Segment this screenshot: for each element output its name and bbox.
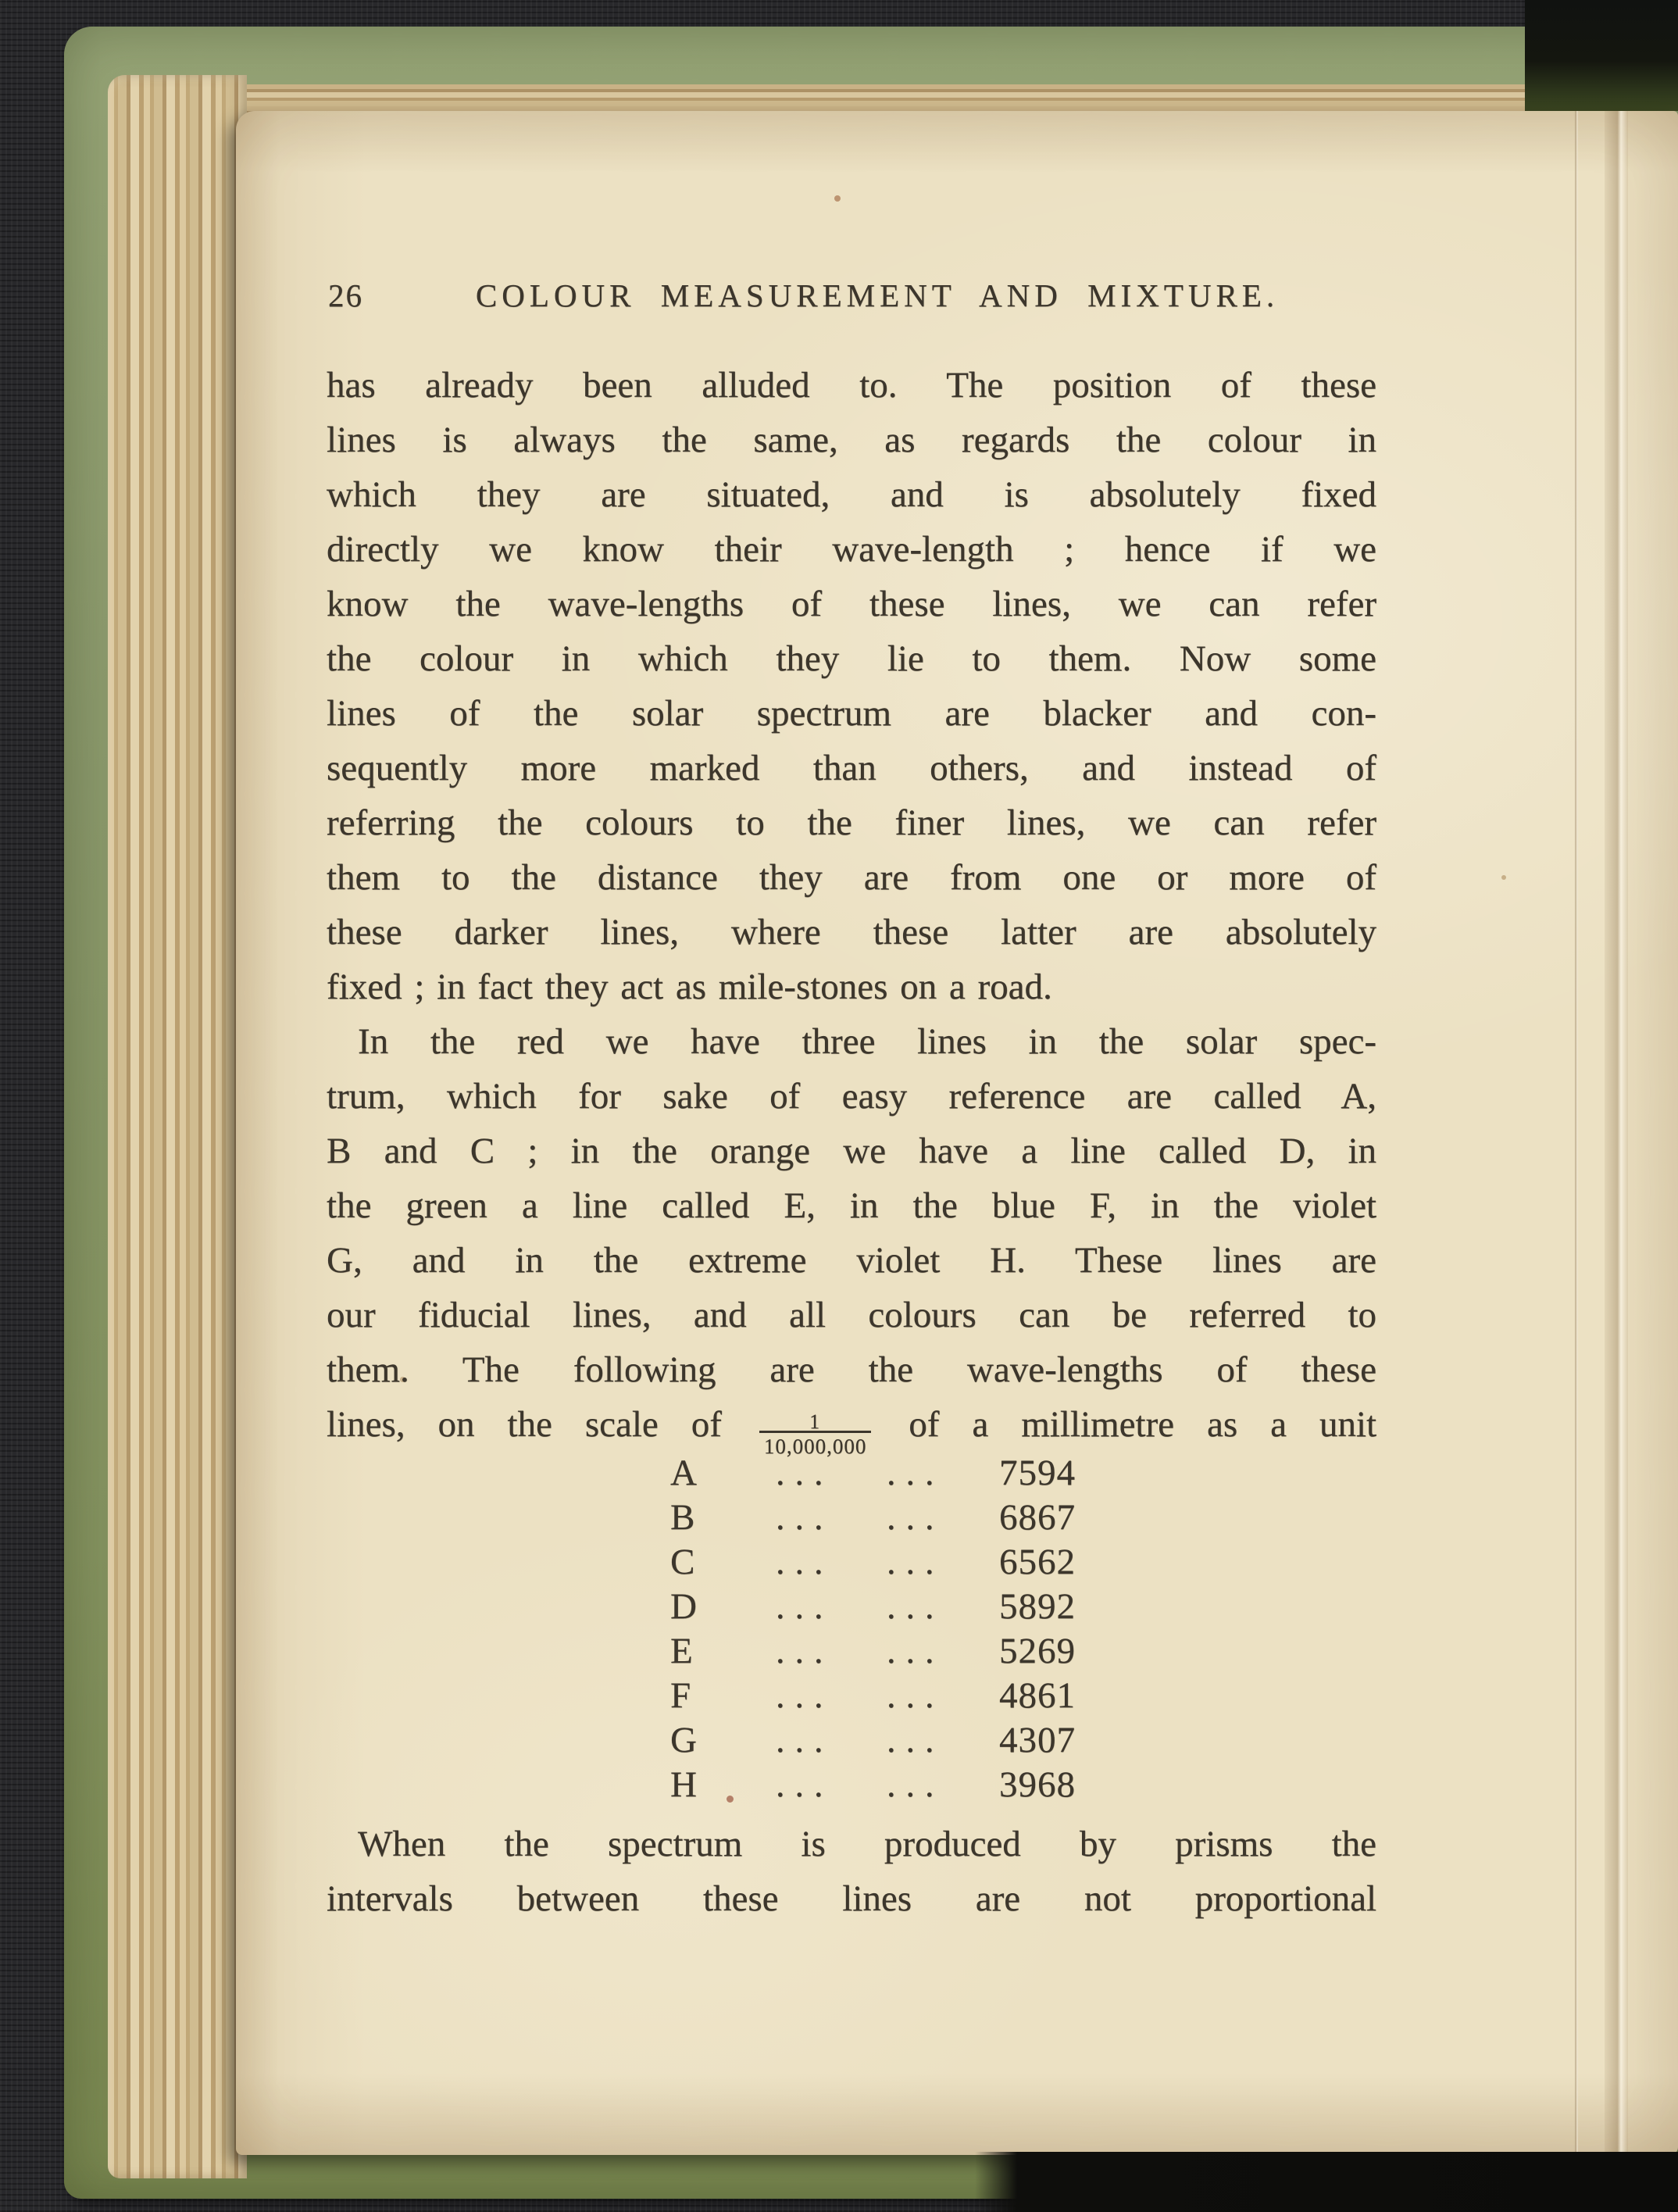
wavelength-value: 5892 <box>998 1585 1076 1628</box>
leader-dots: ... <box>887 1541 998 1582</box>
leader-dots: ... <box>887 1452 998 1493</box>
running-title: COLOUR MEASUREMENT AND MIXTURE. <box>327 277 1376 314</box>
text-line: has already been alluded to. The positio… <box>327 358 1376 413</box>
text-line: lines is always the same, as regards the… <box>327 413 1376 467</box>
scale-line-suffix: of a millimetre as a unit <box>909 1404 1376 1445</box>
wavelength-value: 4307 <box>998 1719 1076 1761</box>
leader-dots: ... <box>776 1496 887 1538</box>
leader-dots: ... <box>887 1496 998 1538</box>
wavelength-value: 7594 <box>998 1452 1076 1494</box>
text-line: G, and in the extreme violet H. These li… <box>327 1233 1376 1288</box>
leader-dots: ... <box>776 1585 887 1627</box>
text-line: When the spectrum is produced by prisms … <box>327 1817 1376 1871</box>
wavelength-value: 4861 <box>998 1674 1076 1717</box>
cover-shadow-top-right <box>1525 0 1678 111</box>
text-line: our fiducial lines, and all colours can … <box>327 1288 1376 1342</box>
line-letter: F <box>670 1674 776 1717</box>
leader-dots: ... <box>887 1630 998 1671</box>
scale-line: lines, on the scale of 1 10,000,000 of a… <box>327 1397 1376 1452</box>
text-line: directly we know their wave-length ; hen… <box>327 522 1376 577</box>
text-line: the colour in which they lie to them. No… <box>327 631 1376 686</box>
table-row: C ... ... 6562 <box>670 1541 1076 1585</box>
wavelength-table: A ... ... 7594 B ... ... 6867 C ... ... … <box>670 1452 1076 1808</box>
leader-dots: ... <box>887 1674 998 1716</box>
wavelength-value: 6562 <box>998 1541 1076 1583</box>
line-letter: A <box>670 1452 776 1494</box>
book-page: 26 COLOUR MEASUREMENT AND MIXTURE. has a… <box>236 111 1678 2155</box>
line-letter: C <box>670 1541 776 1583</box>
line-letter: E <box>670 1630 776 1672</box>
text-line: sequently more marked than others, and i… <box>327 741 1376 795</box>
page-edges-left <box>108 75 247 2178</box>
table-row: B ... ... 6867 <box>670 1496 1076 1541</box>
table-row: A ... ... 7594 <box>670 1452 1076 1496</box>
text-line: these darker lines, where these latter a… <box>327 905 1376 959</box>
table-row: G ... ... 4307 <box>670 1719 1076 1764</box>
leader-dots: ... <box>887 1764 998 1805</box>
text-line: referring the colours to the finer lines… <box>327 795 1376 850</box>
leader-dots: ... <box>887 1585 998 1627</box>
foxing-speck <box>834 195 841 202</box>
table-row: F ... ... 4861 <box>670 1674 1076 1719</box>
line-letter: H <box>670 1764 776 1806</box>
paragraph-3: When the spectrum is produced by prisms … <box>327 1817 1376 1926</box>
leader-dots: ... <box>776 1764 887 1805</box>
text-line: them. The following are the wave-lengths… <box>327 1342 1376 1397</box>
wavelength-value: 3968 <box>998 1764 1076 1806</box>
foxing-speck <box>1501 875 1506 880</box>
text-line: them to the distance they are from one o… <box>327 850 1376 905</box>
paragraph-2: In the red we have three lines in the so… <box>327 1014 1376 1452</box>
leader-dots: ... <box>776 1719 887 1760</box>
leader-dots: ... <box>776 1541 887 1582</box>
page-crease <box>1575 111 1578 2155</box>
text-line: the green a line called E, in the blue F… <box>327 1178 1376 1233</box>
book-scan: 26 COLOUR MEASUREMENT AND MIXTURE. has a… <box>0 0 1678 2212</box>
leader-dots: ... <box>776 1452 887 1493</box>
line-letter: B <box>670 1496 776 1538</box>
table-row: H ... ... 3968 <box>670 1764 1076 1808</box>
text-line: trum, which for sake of easy reference a… <box>327 1069 1376 1124</box>
fraction-numerator: 1 <box>759 1413 872 1431</box>
line-letter: D <box>670 1585 776 1628</box>
text-line: In the red we have three lines in the so… <box>327 1014 1376 1069</box>
cover-shadow-bottom-right <box>975 2152 1678 2212</box>
page-header: 26 COLOUR MEASUREMENT AND MIXTURE. <box>327 277 1376 323</box>
wavelength-value: 6867 <box>998 1496 1076 1538</box>
wavelength-value: 5269 <box>998 1630 1076 1672</box>
text-line: fixed ; in fact they act as mile-stones … <box>327 959 1376 1014</box>
table-row: E ... ... 5269 <box>670 1630 1076 1674</box>
line-letter: G <box>670 1719 776 1761</box>
page-crease <box>1605 111 1628 2155</box>
text-line: lines of the solar spectrum are blacker … <box>327 686 1376 741</box>
text-line: which they are situated, and is absolute… <box>327 467 1376 522</box>
leader-dots: ... <box>776 1674 887 1716</box>
leader-dots: ... <box>887 1719 998 1760</box>
text-line: know the wave-lengths of these lines, we… <box>327 577 1376 631</box>
paragraph-1: has already been alluded to. The positio… <box>327 358 1376 1014</box>
text-line: B and C ; in the orange we have a line c… <box>327 1124 1376 1178</box>
table-row: D ... ... 5892 <box>670 1585 1076 1630</box>
leader-dots: ... <box>776 1630 887 1671</box>
text-line: intervals between these lines are not pr… <box>327 1871 1376 1926</box>
scale-line-prefix: lines, on the scale of <box>327 1404 722 1445</box>
